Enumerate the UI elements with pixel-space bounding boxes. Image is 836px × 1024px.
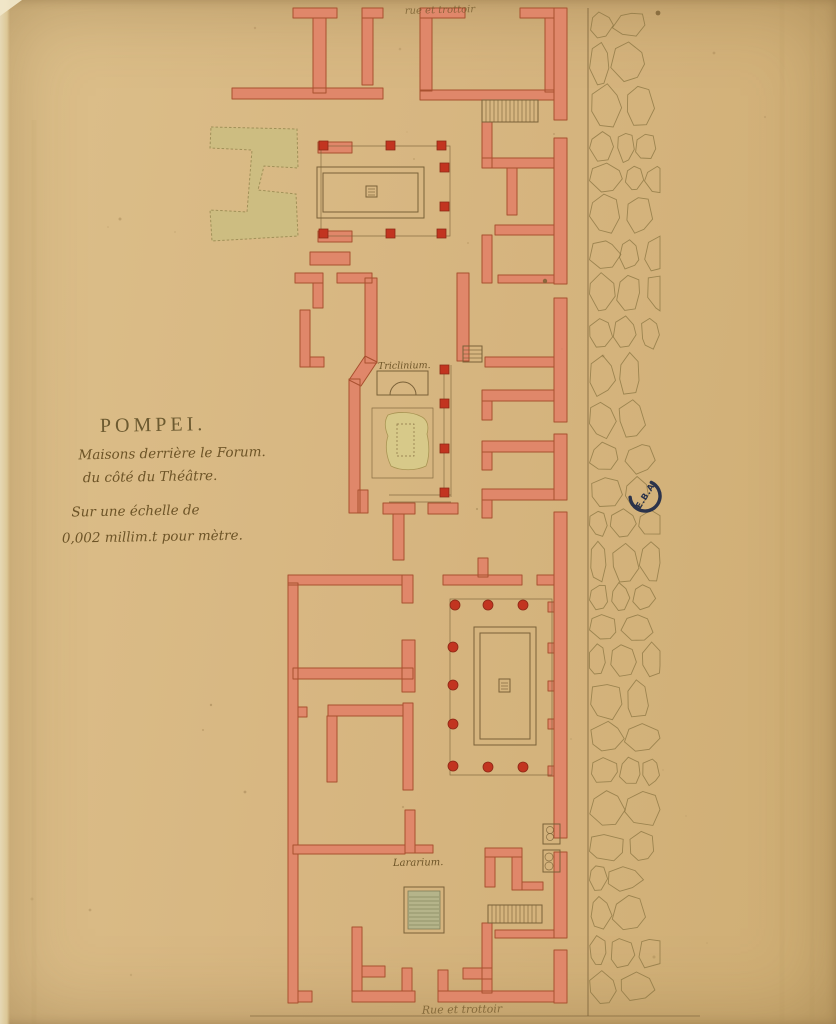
plan-subtitle-2: du côté du Théâtre. <box>83 468 218 486</box>
column-squares <box>319 141 449 497</box>
title-block: POMPEI. Maisons derrière le Forum. du cô… <box>60 412 268 547</box>
eba-stamp: E.B.A <box>630 482 660 511</box>
green-ruin-patch <box>210 127 298 241</box>
label-street-bottom: Rue et trottoir <box>421 1002 503 1016</box>
drawing-sheet: rue et trottoir Rue et trottoir Triclini… <box>0 0 836 1024</box>
walls-house-b <box>295 273 557 560</box>
plan-svg: rue et trottoir Rue et trottoir Triclini… <box>0 0 836 1024</box>
triclinium-arch <box>390 382 416 395</box>
garden-viridarium <box>372 408 433 478</box>
staircase-top <box>482 100 538 122</box>
label-lararium: Lararium. <box>392 857 444 869</box>
column-circles <box>448 600 528 772</box>
plan-scale-2: 0,002 millim.t pour mètre. <box>62 528 243 547</box>
triclinium-room <box>377 371 428 395</box>
paper-left-edge <box>0 0 10 1024</box>
peristyle-pool <box>474 627 536 745</box>
garden-wash <box>385 412 428 469</box>
label-street-top: rue et trottoir <box>405 4 477 17</box>
plan-subtitle-1: Maisons derrière le Forum. <box>77 444 266 463</box>
lararium-shrine <box>404 887 444 933</box>
street-paving-stones <box>590 12 661 1004</box>
plan-scale-1: Sur une échelle de <box>71 502 199 520</box>
staircase-bottom <box>488 905 542 923</box>
paper-speckles <box>31 27 767 976</box>
label-triclinium: Triclinium. <box>378 360 431 372</box>
paper-corner-backing <box>0 0 22 16</box>
peristyle-colonnade <box>450 599 552 775</box>
plan-title: POMPEI. <box>100 413 207 437</box>
atrium-impluvium <box>317 146 450 236</box>
